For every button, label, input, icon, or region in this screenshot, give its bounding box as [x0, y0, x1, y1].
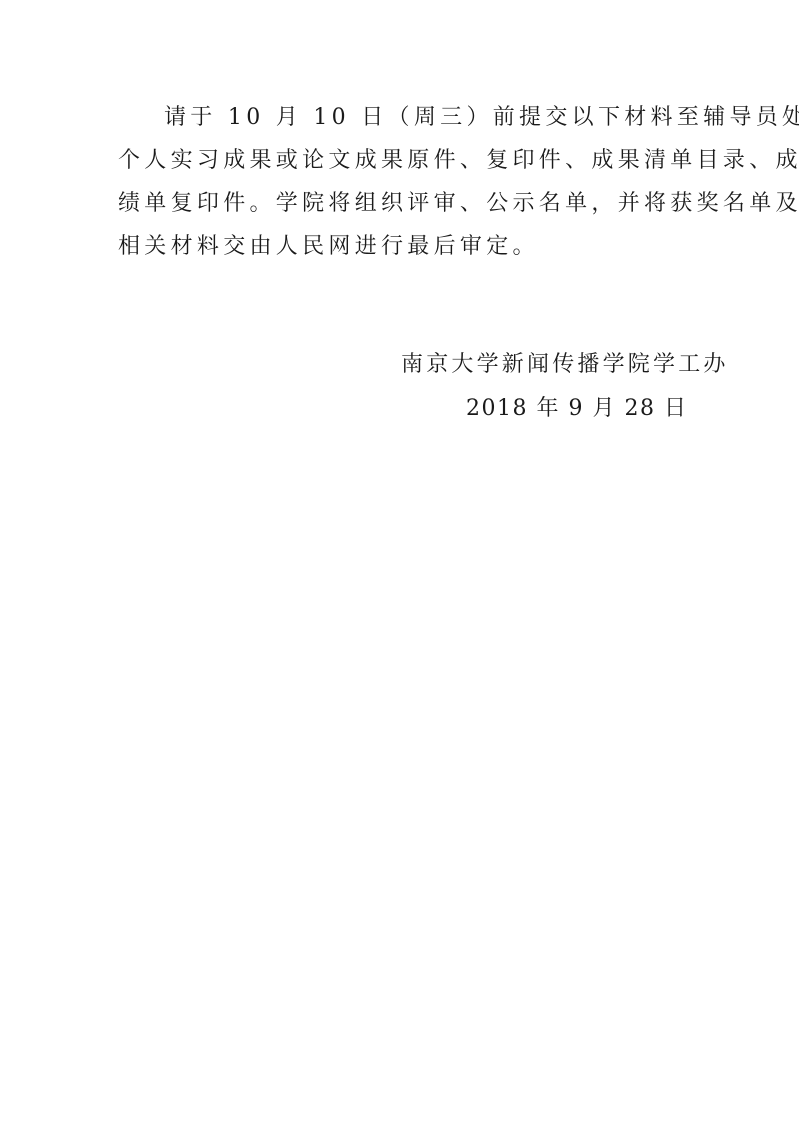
paragraph-line-4: 相关材料交由人民网进行最后审定。	[118, 232, 539, 262]
signature-organization: 南京大学新闻传播学院学工办	[401, 350, 729, 380]
document-page: 请于 10 月 10 日（周三）前提交以下材料至辅导员处： 个人实习成果或论文成…	[0, 0, 799, 1131]
paragraph-line-3: 绩单复印件。学院将组织评审、公示名单，并将获奖名单及	[118, 189, 799, 219]
signature-date: 2018 年 9 月 28 日	[466, 394, 687, 424]
paragraph-line-2: 个人实习成果或论文成果原件、复印件、成果清单目录、成	[118, 146, 799, 176]
paragraph-line-1: 请于 10 月 10 日（周三）前提交以下材料至辅导员处：	[164, 103, 799, 133]
